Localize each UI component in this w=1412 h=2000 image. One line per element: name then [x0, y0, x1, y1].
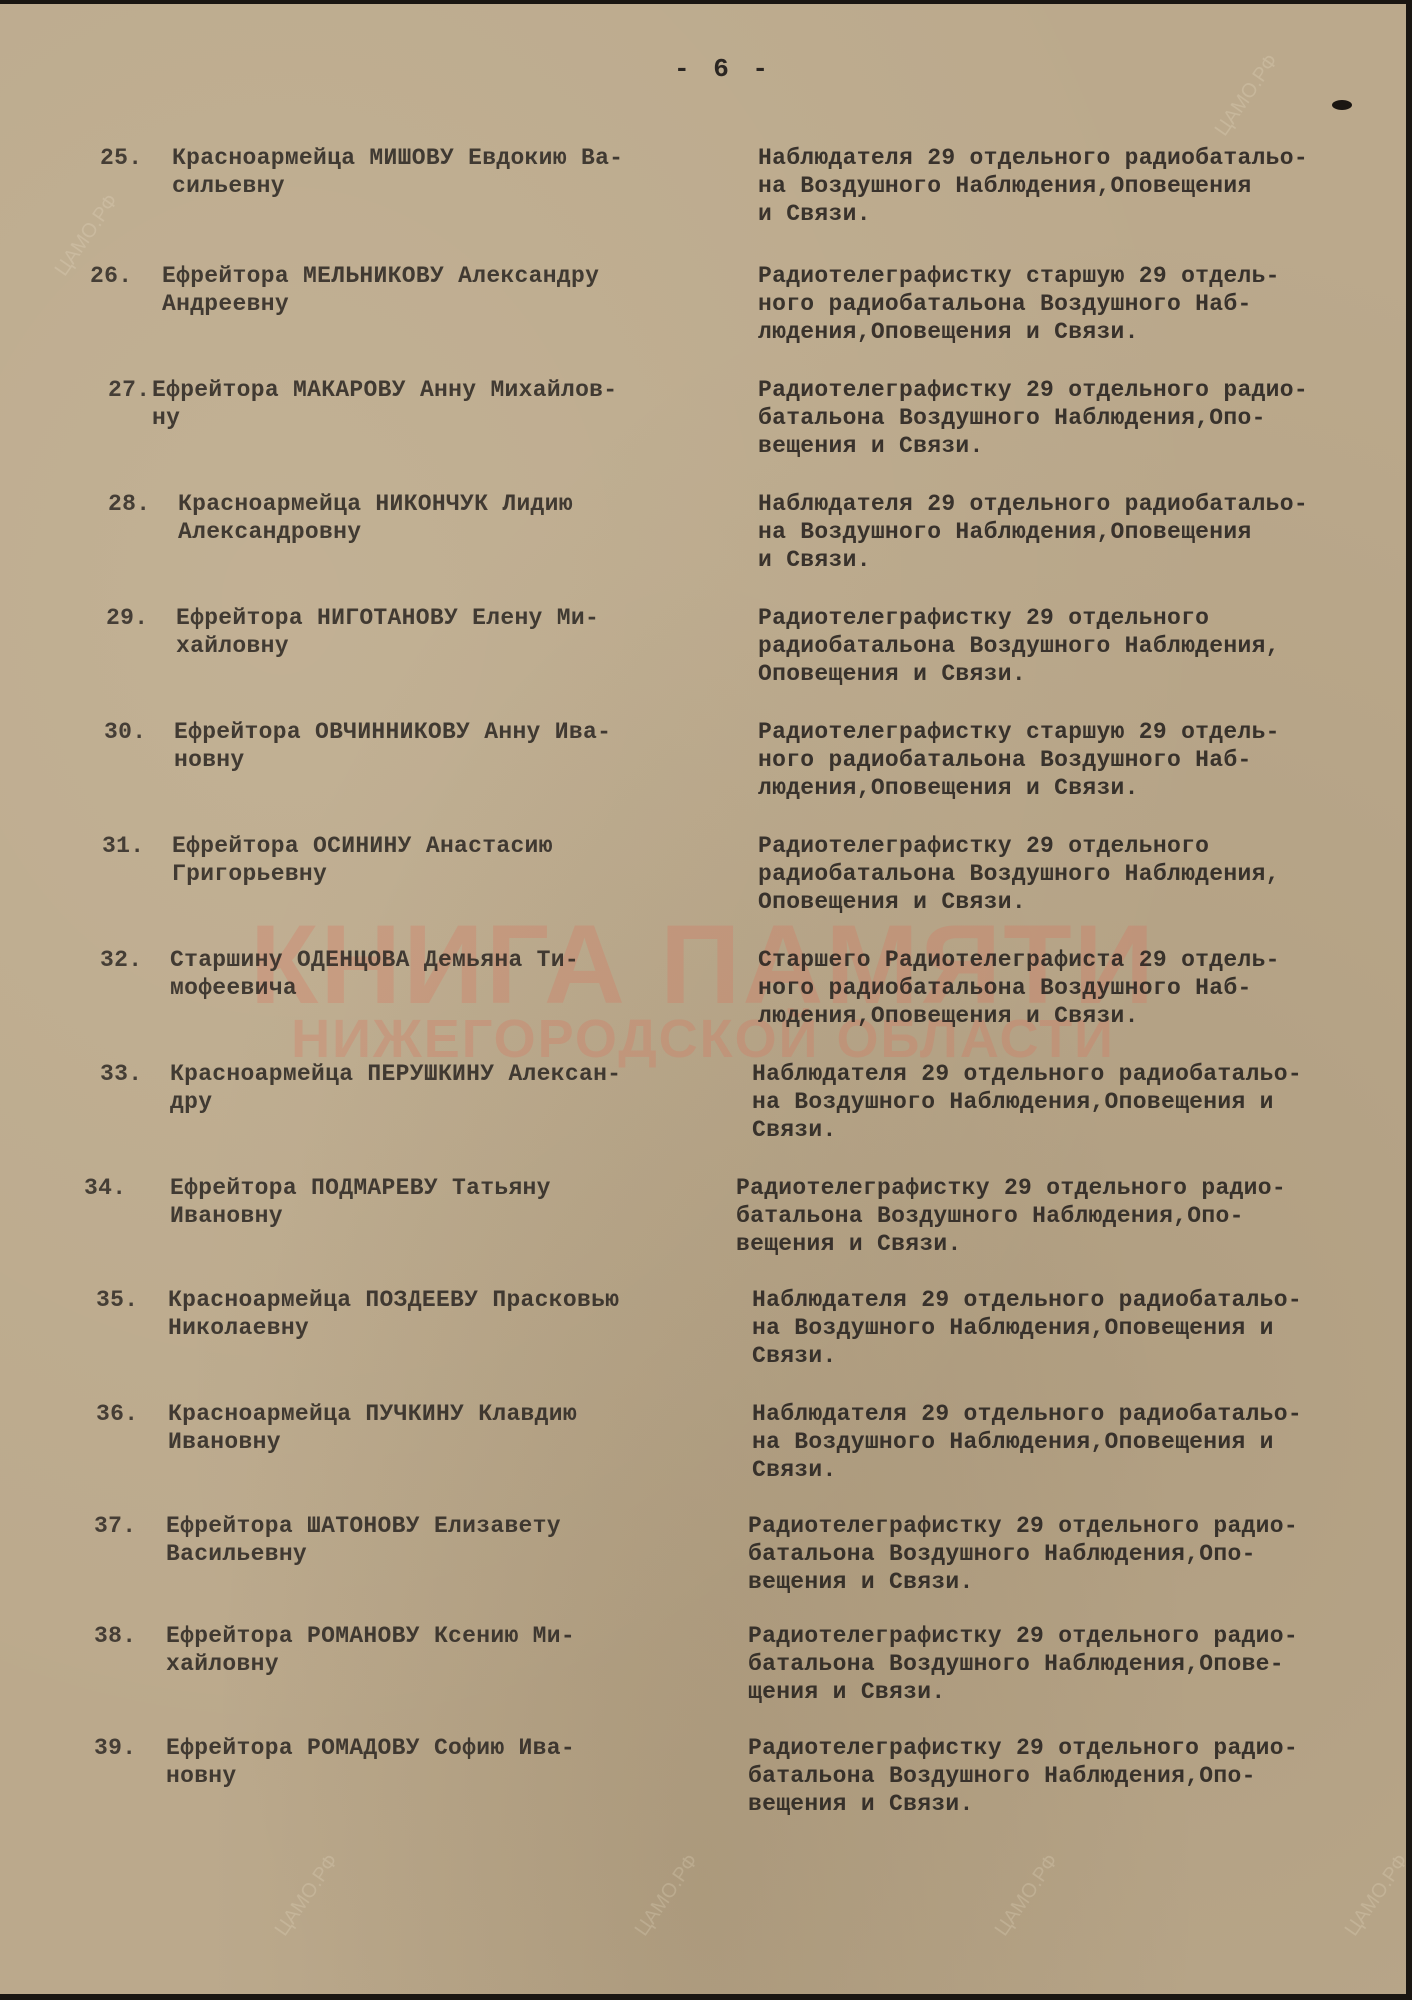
document-page: - 6 - КНИГА ПАМЯТИ НИЖЕГОРОДСКОЙ ОБЛАСТИ… — [0, 0, 1412, 2000]
entry-role: Наблюдателя 29 отдельного радиобатальо- … — [752, 1400, 1402, 1484]
entry-role: Радиотелеграфистку 29 отдельного радио- … — [748, 1622, 1398, 1706]
entry-name: Красноармейца НИКОНЧУК Лидию Александров… — [178, 490, 718, 546]
entry-name: Красноармейца МИШОВУ Евдокию Ва- сильевн… — [172, 144, 712, 200]
entry-role: Радиотелеграфистку старшую 29 отдель- но… — [758, 262, 1408, 346]
entry-role: Радиотелеграфистку 29 отдельного радио- … — [758, 376, 1408, 460]
entry-name: Ефрейтора ОСИНИНУ Анастасию Григорьевну — [172, 832, 712, 888]
entry-number: 38. — [94, 1622, 164, 1650]
entry-name: Ефрейтора РОМАДОВУ Софию Ива- новну — [166, 1734, 706, 1790]
entry-role: Радиотелеграфистку 29 отдельного радио- … — [748, 1734, 1398, 1818]
entry-number: 25. — [100, 144, 170, 172]
page-number: - 6 - — [0, 54, 1406, 84]
entry-number: 36. — [96, 1400, 166, 1428]
entry-role: Старшего Радиотелеграфиста 29 отдель- но… — [758, 946, 1408, 1030]
entry-number: 29. — [106, 604, 176, 632]
entry-role: Наблюдателя 29 отдельного радиобатальо- … — [752, 1060, 1402, 1144]
entry-number: 35. — [96, 1286, 166, 1314]
entry-number: 26. — [90, 262, 160, 290]
entry-role: Наблюдателя 29 отдельного радиобатальо- … — [752, 1286, 1402, 1370]
entry-number: 39. — [94, 1734, 164, 1762]
entry-role: Радиотелеграфистку 29 отдельного радиоба… — [758, 604, 1408, 688]
entry-role: Радиотелеграфистку 29 отдельного радио- … — [736, 1174, 1386, 1258]
entry-number: 30. — [104, 718, 174, 746]
entry-role: Радиотелеграфистку 29 отдельного радио- … — [748, 1512, 1398, 1596]
entry-name: Ефрейтора МАКАРОВУ Анну Михайлов- ну — [152, 376, 692, 432]
entry-name: Красноармейца ПЕРУШКИНУ Алексан- дру — [170, 1060, 710, 1116]
entry-name: Старшину ОДЕНЦОВА Демьяна Ти- мофеевича — [170, 946, 710, 1002]
entry-role: Наблюдателя 29 отдельного радиобатальо- … — [758, 490, 1408, 574]
entry-number: 37. — [94, 1512, 164, 1540]
entry-number: 28. — [108, 490, 178, 518]
entry-role: Наблюдателя 29 отдельного радиобатальо- … — [758, 144, 1408, 228]
entry-number: 33. — [100, 1060, 170, 1088]
entry-role: Радиотелеграфистку 29 отдельного радиоба… — [758, 832, 1408, 916]
entry-name: Ефрейтора ШАТОНОВУ Елизавету Васильевну — [166, 1512, 706, 1568]
entry-name: Ефрейтора ОВЧИННИКОВУ Анну Ива- новну — [174, 718, 714, 774]
entry-name: Ефрейтора РОМАНОВУ Ксению Ми- хайловну — [166, 1622, 706, 1678]
archive-stamp: ЦАМО.РФ — [1341, 1850, 1412, 1940]
archive-stamp: ЦАМО.РФ — [631, 1850, 704, 1940]
entry-number: 31. — [102, 832, 172, 860]
entry-number: 32. — [100, 946, 170, 974]
entry-number: 34. — [84, 1174, 154, 1202]
entry-name: Красноармейца ПОЗДЕЕВУ Прасковью Николае… — [168, 1286, 708, 1342]
entry-name: Красноармейца ПУЧКИНУ Клавдию Ивановну — [168, 1400, 708, 1456]
entry-name: Ефрейтора МЕЛЬНИКОВУ Александру Андреевн… — [162, 262, 702, 318]
entry-name: Ефрейтора ПОДМАРЕВУ Татьяну Ивановну — [170, 1174, 710, 1230]
archive-stamp: ЦАМО.РФ — [271, 1850, 344, 1940]
entry-name: Ефрейтора НИГОТАНОВУ Елену Ми- хайловну — [176, 604, 716, 660]
archive-stamp: ЦАМО.РФ — [991, 1850, 1064, 1940]
entry-role: Радиотелеграфистку старшую 29 отдель- но… — [758, 718, 1408, 802]
paper-hole — [1332, 100, 1352, 110]
